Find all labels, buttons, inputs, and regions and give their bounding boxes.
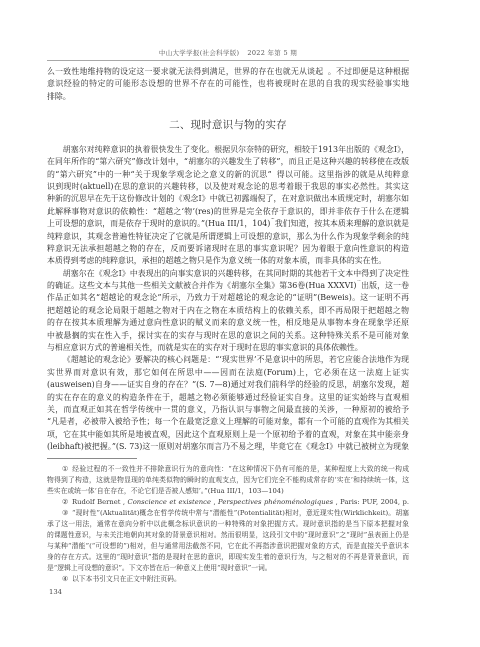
- section-heading: 二、现时意识与物的实存: [47, 118, 409, 132]
- text-line: 胡塞尔对纯粹意识的执着很快发生了变化。根据贝尔奈特的研究，相较于1913年出版的…: [47, 144, 409, 156]
- text-line: “凡是者，必被带入被给予性；每一个在最宽泛意义上理解的可能对象，都有一个可能的直…: [47, 416, 409, 428]
- text-line: 在同年所作的“第六研究”修改计划中，“胡塞尔的兴趣发生了转移”，而且正是这种兴趣…: [47, 156, 409, 168]
- running-head: 中山大学学报(社会科学版)2022 年第 5 期: [47, 48, 409, 58]
- main-text: 胡塞尔对纯粹意识的执着很快发生了变化。根据贝尔奈特的研究，相较于1913年出版的…: [47, 144, 409, 454]
- text-line: 中被悬搁的实在性入手，探讨实在的实存与现时在思的意识之间的关系。这种特殊关系不是…: [47, 330, 409, 342]
- footnote-number: ①: [62, 464, 72, 475]
- text-line: 作品正如其名“超越论的观念论”所示，乃致力于对超越论的观念论的“证明”(Bewe…: [47, 292, 409, 304]
- footnote-3: ③“现时性”(Aktualität)概念在哲学传统中常与“潜能性”(Potent…: [47, 508, 409, 575]
- text-line: 意识经验的特定的可能形态设想的世界不存在的可能性，也将被现时在思的自我的现实经验…: [47, 78, 409, 90]
- text-line: 与相应意识方式的普遍相关性，而就是实在的实存对于现时在思的事实意识的具体依赖性。: [47, 342, 409, 354]
- footnote-ref: ③: [270, 218, 274, 221]
- footnote-line: ④以下本书引文只在正文中附注页码。: [47, 574, 409, 585]
- paragraph: 胡塞尔在《观念I》中表现出的向事实意识的兴趣转移，在其同时期的其他若干文本中得到…: [47, 268, 409, 355]
- footnote-line: 承了这一用法，通常在意向分析中以此概念标识意识的一种特殊的对象把握方式。现时意识…: [47, 519, 409, 530]
- paragraph-continued: 么一致性地维持物的设定这一要求就无法得到满足，世界的存在也就无从谈起①。不过即便…: [47, 66, 409, 103]
- text-line: 纯粹意识，其观念普遍性特征决定了它就是所谓逻辑上可设想的意识，那么为什么作为现象…: [47, 231, 409, 243]
- text-line: (ausweisen)自身——证实自身的存在？”(S. 7—8)通过对我们前科学…: [47, 379, 409, 391]
- text-line: 胡塞尔在《观念I》中表现出的向事实意识的兴趣转移，在其同时期的其他若干文本中得到…: [47, 268, 409, 280]
- footnote-line: 的课题性意识，与未关注地朝向其对象的背景意识相对。然而很明显，这段引文中的“现时…: [47, 530, 409, 541]
- footnote-ref: ①: [323, 66, 328, 69]
- paragraph: 胡塞尔对纯粹意识的执着很快发生了变化。根据贝尔奈特的研究，相较于1913年出版的…: [47, 144, 409, 268]
- footnote-number: ②: [62, 497, 72, 508]
- book-title: Conscience et existence: [128, 498, 211, 506]
- header-rule: [47, 60, 409, 61]
- text-line: 项，它在其中能如其所是地被直观，因此这个直观原则上是一个原初给予着的直观，对象在…: [47, 429, 409, 441]
- footnote-line: 与某种“潜能”(“可设想的”)相对，但与通常用法截然不同，它在此不再指涉意识把握…: [47, 541, 409, 552]
- text-line: 识到现时(aktuell)在思的意识的兴趣转移，以及使对观念论的思考着眼于我思的…: [47, 181, 409, 193]
- text-line: 关，而直观正如其在哲学传统中一贯的意义，乃指认识与事物之间最直接的关涉，一种原初…: [47, 404, 409, 416]
- footnote-line: ③“现时性”(Aktualität)概念在哲学传统中常与“潜能性”(Potent…: [47, 508, 409, 519]
- text-line: 种新的沉思早在先于这份修改计划的《观念I》中就已初露端倪了，在对意识做出本质规定…: [47, 193, 409, 205]
- page-number: 134: [49, 587, 62, 598]
- text-line: 把超越论的观念论局限于超越之物对于内在之物在本质结构上的依赖关系，即不再局限于把…: [47, 305, 409, 317]
- text-line: 上可设想的意识，而是依存于现时的意识的。”(Hua III/1，104)③我们知…: [47, 218, 409, 230]
- issue-label: 2022 年第 5 期: [247, 49, 297, 57]
- text-line: 的确证。这些文本与其他一些相关文献被合并作为《胡塞尔全集》第36卷(Hua XX…: [47, 280, 409, 292]
- text-line: 的“第六研究”中的一种“关于现象学观念论之意义的新的沉思”②得以可能。这里指涉的…: [47, 169, 409, 181]
- journal-name: 中山大学学报(社会科学版): [159, 49, 239, 57]
- text-line: 此解释事物对意识的依赖性：“超越之‘物’(res)的世界是完全依存于意识的，即并…: [47, 206, 409, 218]
- footnote-2: ②Rudolf Bernet , Conscience et existence…: [47, 497, 409, 508]
- footnote-number: ④: [62, 574, 72, 585]
- footnote-divider: [47, 458, 137, 459]
- text-line: 粹意识无法承担超越之物的存在，反而要诉诸现时在思的事实意识呢？因为着眼于意向性意…: [47, 243, 409, 255]
- footnote-1: ①经验过程的不一致性并不排除意识行为的意向性：“在这种情况下仍有可能的是，某种程…: [47, 464, 409, 497]
- footnote-line: 物得到了构造，这就是物显现的单纯类似物的瞬时的直观支点，因为它们完全不能构成常存…: [47, 475, 409, 486]
- text-line: 本质得到考虑的纯粹意识，承担的超越之物只是作为意义统一体的对象本质，而非具体的实…: [47, 255, 409, 267]
- footnote-ref: ④: [357, 280, 362, 283]
- text-line: 的存在按其本质理解为通过意向性意识的赋义而来的意义统一性，相反地是从事物本身在现…: [47, 317, 409, 329]
- footnote-line: ①经验过程的不一致性并不排除意识行为的意向性：“在这种情况下仍有可能的是，某种程…: [47, 464, 409, 475]
- paragraph: 《超越论的观念论》要解决的核心问题是：“‘现实世界’不是意识中的所思，若它应能合…: [47, 354, 409, 453]
- footnote-line: 是“逻辑上可设想的意识”。下文亦皆在后一种意义上使用“现时意识”一词。: [47, 563, 409, 574]
- footnote-line: ②Rudolf Bernet , Conscience et existence…: [47, 497, 409, 508]
- footnote-line: 身的存在方式。这里的“现时意识”指的是现时在思的意识，即现实发生着的意识行为，与…: [47, 552, 409, 563]
- footnotes: ①经验过程的不一致性并不排除意识行为的意向性：“在这种情况下仍有可能的是，某种程…: [47, 464, 409, 586]
- footnote-line: 些实在或统一体‘自在存在，不论它们是否被人感知’。”(Hua III/1，103…: [47, 486, 409, 497]
- footnote-ref: ②: [272, 169, 277, 172]
- text-line: 《超越论的观念论》要解决的核心问题是：“‘现实世界’不是意识中的所思，若它应能合…: [47, 354, 409, 366]
- text-line: 么一致性地维持物的设定这一要求就无法得到满足，世界的存在也就无从谈起①。不过即便…: [47, 66, 409, 78]
- text-line: (leibhaft)被把握。”(S. 73)这一原则对胡塞尔而言乃不易之理，毕竟…: [47, 441, 409, 453]
- text-line: 实世界而对意识有效，那它如何在所思中——因而在法庭(Forum)上，它必须在这一…: [47, 367, 409, 379]
- text-line: 的实在存在的意义的构造条件在于，超越之物必须能够通过经验证实自身。这里的证实始终…: [47, 392, 409, 404]
- footnote-number: ③: [62, 508, 72, 519]
- series-title: Perspectives phénoménologiques: [218, 498, 333, 506]
- footnote-4: ④以下本书引文只在正文中附注页码。: [47, 574, 409, 585]
- text-line: 排除。: [47, 91, 409, 103]
